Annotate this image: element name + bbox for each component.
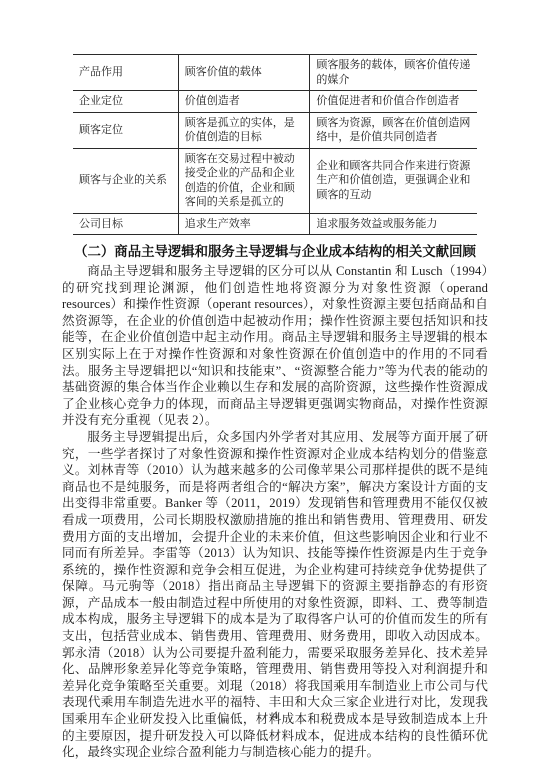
service-logic-cell: 追求服务效益或服务能力 <box>310 213 477 235</box>
table-row: 产品作用 顾客价值的载体 顾客服务的载体，顾客价值传递的媒介 <box>73 55 477 91</box>
page-content: 产品作用 顾客价值的载体 顾客服务的载体，顾客价值传递的媒介 企业定位 价值创造… <box>62 54 488 761</box>
body-paragraph-1: 商品主导逻辑和服务主导逻辑的区分可以从 Constantin 和 Lusch（1… <box>62 263 488 429</box>
service-logic-cell: 顾客服务的载体，顾客价值传递的媒介 <box>310 55 477 91</box>
row-label: 产品作用 <box>73 55 178 91</box>
goods-logic-cell: 追求生产效率 <box>178 213 310 235</box>
table-row: 顾客定位 顾客是孤立的实体，是价值创造的目标 顾客为资源，顾客在价值创造网络中，… <box>73 112 477 148</box>
service-logic-cell: 顾客为资源，顾客在价值创造网络中，是价值共同创造者 <box>310 112 477 148</box>
row-label: 顾客定位 <box>73 112 178 148</box>
row-label: 公司目标 <box>73 213 178 235</box>
table-row: 公司目标 追求生产效率 追求服务效益或服务能力 <box>73 213 477 235</box>
service-logic-cell: 企业和顾客共同合作来进行资源生产和价值创造，更强调企业和顾客的互动 <box>310 148 477 213</box>
goods-logic-cell: 顾客是孤立的实体，是价值创造的目标 <box>178 112 310 148</box>
service-logic-cell: 价值促进者和价值合作创造者 <box>310 91 477 113</box>
table-row: 企业定位 价值创造者 价值促进者和价值合作创造者 <box>73 91 477 113</box>
goods-logic-cell: 顾客价值的载体 <box>178 55 310 91</box>
row-label: 企业定位 <box>73 91 178 113</box>
goods-logic-cell: 价值创造者 <box>178 91 310 113</box>
page-number: 4 <box>0 710 550 722</box>
goods-logic-cell: 顾客在交易过程中被动接受企业的产品和企业创造的价值，企业和顾客间的关系是孤立的 <box>178 148 310 213</box>
section-heading: （二）商品主导逻辑和服务主导逻辑与企业成本结构的相关文献回顾 <box>62 243 488 260</box>
document-page: 产品作用 顾客价值的载体 顾客服务的载体，顾客价值传递的媒介 企业定位 价值创造… <box>0 0 550 778</box>
row-label: 顾客与企业的关系 <box>73 148 178 213</box>
table-row: 顾客与企业的关系 顾客在交易过程中被动接受企业的产品和企业创造的价值，企业和顾客… <box>73 148 477 213</box>
logic-comparison-table: 产品作用 顾客价值的载体 顾客服务的载体，顾客价值传递的媒介 企业定位 价值创造… <box>73 54 477 235</box>
